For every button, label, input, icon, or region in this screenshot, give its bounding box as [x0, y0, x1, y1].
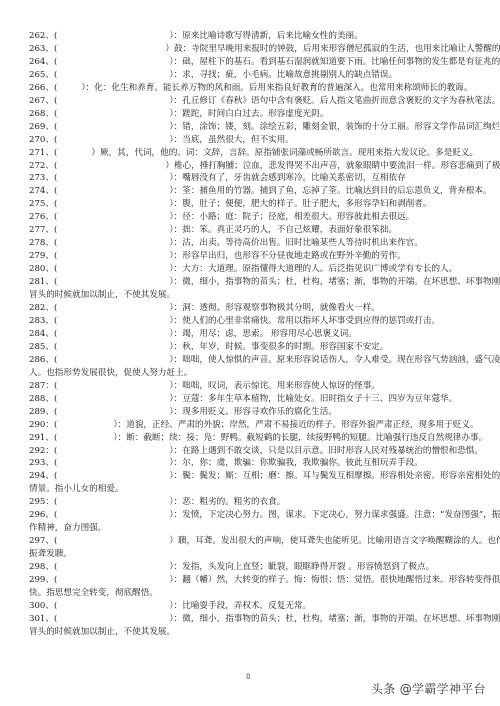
watermark: 头条 @学霸学神平台	[371, 680, 486, 697]
entry-number: 272、(	[29, 160, 57, 173]
entry-number: 265、(	[29, 69, 57, 82]
entry-definition: ）：错，涂饰；镂，刻。涂绘五彩，雕刻金银，装饰的十分工丽。形容文学作品词汇绚烂。	[169, 122, 500, 132]
idiom-entry: 293、(）：尔，你；虞，欺骗：你欺骗我，我欺骗你。彼此互相玩弄手段。	[29, 457, 475, 470]
idiom-entry: 289、(）：现多用贬义。形容寻欢作乐的腐化生活。	[29, 406, 475, 419]
entry-definition: ）：咄咄，叹词，表示惊诧。用来形容使人惊讶的怪事。	[169, 381, 380, 391]
entry-number: 266、(	[29, 82, 57, 95]
idiom-entry: 285、(）：秋，年岁，时候。事变很多的时期。形容国家不安定。	[29, 341, 475, 354]
entry-definition-continued: 情景。指小儿女的相爱。	[29, 483, 475, 496]
entry-definition-continued: 快。指思想完全转变，彻底醒悟。	[29, 587, 475, 600]
entry-number: 276、(	[29, 211, 57, 224]
entry-number: 290：(	[29, 419, 57, 432]
entry-definition: ）：化：化生和养育。能长养万物的风和雨。后用来指良好教育的普遍深入。也常用来称颂…	[81, 83, 472, 93]
entry-definition: ）：现多用贬义。形容寻欢作乐的腐化生活。	[169, 407, 337, 417]
entry-number: 264、(	[29, 56, 57, 69]
idiom-entry: 278、(）：沽，出卖。等待高价出售。旧时比喻某些人等待时机出来作官。	[29, 237, 475, 250]
page-number: 8	[246, 673, 250, 681]
idiom-entry: 292：(）：在路上遇到不敢交谈，只是以目示意。旧时形容人民对残暴统治的憎恨和恐…	[29, 445, 475, 458]
entry-number: 295：(	[29, 496, 57, 509]
idiom-entry: 266、(）：化：化生和养育。能长养万物的风和雨。后用来指良好教育的普遍深入。也…	[29, 82, 475, 95]
entry-definition: ）：径：小路；庭：院子；径庭，相差很大。形容彼此相去很远。	[169, 212, 414, 222]
entry-number: 281、(	[29, 276, 57, 289]
entry-definition: ）：求，寻找；疵，小毛病。比喻故意挑剔别人的缺点错误。	[169, 70, 397, 80]
idiom-entry: 272、(）椎心，捶打胸脯；泣血，悲发得哭不出声音，就象眼睛中要流泪一样。形容悲…	[29, 160, 475, 173]
idiom-entry: 264、(）：础，屋柱下的基石。看到基石湿润就知道要下雨。比喻任何事物的发生都是…	[29, 56, 475, 69]
idiom-entry: 299、(）：翻（幡）然，大转变的样子。悔：悔恨；悟：觉悟。很快地醒悟过来。形容…	[29, 574, 475, 587]
idiom-entry: 301、(）：微，细小，指事物的苗头；杜，杜构，堵塞；渐，事物的开端。在坏思想、…	[29, 613, 475, 626]
idiom-entry: 280、(）：大方：大道理。原指懂得大道理的人。后泛指见识广博或学有专长的人。	[29, 263, 475, 276]
entry-number: 271、(	[29, 147, 57, 160]
entry-definition-continued: 作精神，奋力图强。	[29, 522, 475, 535]
entry-definition-continued: 冒头的时候就加以制止，不使其发展。	[29, 626, 475, 639]
entry-definition-continued: 人。也指形势发展很快，促使人努力赶上。	[29, 367, 475, 380]
idiom-entry: 271、(）厥，其，代词，他的。词：文辞，言辞。原指铺张词藻或畅所欲言。现用来指…	[29, 147, 475, 160]
entry-number: 299、(	[29, 574, 57, 587]
idiom-entry: 287：(）：咄咄，叹词，表示惊诧。用来形容使人惊讶的怪事。	[29, 380, 475, 393]
entry-definition: ）：腹，肚子；便便，肥大的样子。肚子肥大，多形容孕妇和剥削者。	[169, 199, 431, 209]
entry-definition: ）：道貌，正经、严肃的外貌；岸然，严肃不易接近的样子。形容外貌严肃正经，现多用于…	[113, 420, 478, 430]
entry-definition: ）：豆蔻：多年生草本植物，比喻处女。旧时指女子十三、四岁为豆年蔻华。	[169, 394, 457, 404]
entry-definition: ）：微，细小，指事物的苗头；杜，杜构，堵塞；渐，事物的开端。在坏思想、坏事物刚	[169, 277, 500, 287]
entry-definition: ）：拙：笨。真正灵巧的人，不自己炫耀，表面好象很笨拙。	[169, 225, 397, 235]
entry-number: 277、(	[29, 224, 57, 237]
entry-number: 292：(	[29, 445, 57, 458]
idiom-entry: 290：(）：道貌，正经、严肃的外貌；岸然，严肃不易接近的样子。形容外貌严肃正经…	[29, 419, 475, 432]
entry-number: 267、(	[29, 95, 57, 108]
entry-definition: ）：形容早出归，也形容不分昼夜地走路或在野外辛勤的劳作。	[169, 251, 405, 261]
entry-number: 294、(	[29, 470, 57, 483]
entry-number: 278、(	[29, 237, 57, 250]
entry-number: 273、(	[29, 172, 57, 185]
entry-number: 283、(	[29, 315, 57, 328]
entry-definition-continued: 振聋发聩。	[29, 548, 475, 561]
idiom-entry: 279、(）：形容早出归，也形容不分昼夜地走路或在野外辛勤的劳作。	[29, 250, 475, 263]
entry-definition: ）：恶：粗劣的。粗劣的衣食。	[169, 497, 285, 507]
entry-definition: ）：沽，出卖。等待高价出售。旧时比喻某些人等待时机出来作官。	[169, 238, 423, 248]
entry-number: 297、(	[29, 535, 57, 548]
entry-definition: ）：发指，头发向上直竖；眦裂，眼眶睁得开裂 。形容愤怒到了极点。	[169, 562, 434, 572]
entry-number: 270、(	[29, 134, 57, 147]
entry-number: 301、(	[29, 613, 57, 626]
idiom-entry: 283、(）：使人们的心里非常痛快。常用以指坏人坏事受到应得的惩罚或打击。	[29, 315, 475, 328]
entry-number: 275、(	[29, 198, 57, 211]
idiom-entry: 298、(）：发指，头发向上直竖；眦裂，眼眶睁得开裂 。形容愤怒到了极点。	[29, 561, 475, 574]
entry-definition: ）：使人们的心里非常痛快。常用以指坏人坏事受到应得的惩罚或打击。	[169, 316, 440, 326]
entry-number: 286、(	[29, 354, 57, 367]
entry-definition: ）：大方：大道理。原指懂得大道理的人。后泛指见识广博或学有专长的人。	[169, 264, 457, 274]
idiom-entry: 284、(）：竭，用尽；虑，思索。 形容用尽心思褒义词。	[29, 328, 475, 341]
entry-number: 291、(	[29, 432, 57, 445]
entry-number: 263、(	[29, 43, 57, 56]
entry-definition: ）：断：截断；续：接；凫：野鸭。截短鹤的长腿，续接野鸭的短腿。比喻强行违反自然规…	[113, 433, 487, 443]
entry-number: 269、(	[29, 121, 57, 134]
entry-definition: ）：础，屋柱下的基石。看到基石湿润就知道要下雨。比喻任何事物的发生都是有征兆的。	[169, 57, 500, 67]
idiom-entry-list: 262、(）：原来比喻诗歌写得清新，后来比喻女性的美丽。263、(）鼓：寺院里早…	[29, 30, 475, 639]
entry-number: 268、(	[29, 108, 57, 121]
idiom-entry: 267、(）：孔丘修订《春秋》语句中含有褒贬。后人指文笔曲折而意含褒贬的文字为春…	[29, 95, 475, 108]
entry-definition: ）鼓：寺院里早晚用来报时的钟鼓，后用来形容僧尼孤寂的生活，也用来比喻让人警醒的语…	[165, 44, 500, 54]
idiom-entry: 297、(）聩，耳聋。发出很大的声响，使耳聋失也能听见。比喻用语言文字唤醒糊涂的…	[29, 535, 475, 548]
idiom-entry: 276、(）：径：小路；庭：院子；径庭，相差很大。形容彼此相去很远。	[29, 211, 475, 224]
idiom-entry: 295：(）：恶：粗劣的。粗劣的衣食。	[29, 496, 475, 509]
entry-definition: ）厥，其，代词，他的。词：文辞，言辞。原指铺张词藻或畅所欲言。现用来指大发议论。…	[91, 148, 478, 158]
entry-definition: ）：秋，年岁，时候。事变很多的时期。形容国家不安定。	[169, 342, 388, 352]
entry-definition: ）：洞：透彻。形容观察事物极其分明，就像看火一样。	[169, 303, 380, 313]
idiom-entry: 269、(）：错，涂饰；镂，刻。涂绘五彩，雕刻金银，装饰的十分工丽。形容文学作品…	[29, 121, 475, 134]
entry-number: 287：(	[29, 380, 57, 393]
idiom-entry: 300、(）：比喻耍手段，弄权术，反复无常。	[29, 600, 475, 613]
entry-number: 289、(	[29, 406, 57, 419]
entry-definition-continued: 冒头的时候就加以制止，不使其发展。	[29, 289, 475, 302]
entry-definition: ）：嘴唇没有了，牙齿就会感到寒冷。比喻关系密切，互相依存	[169, 173, 405, 183]
entry-definition: ）：原来比喻诗歌写得清新，后来比喻女性的美丽。	[169, 31, 362, 41]
idiom-entry: 291、(）：断：截断；续：接；凫：野鸭。截短鹤的长腿，续接野鸭的短腿。比喻强行…	[29, 432, 475, 445]
entry-number: 282、(	[29, 302, 57, 315]
entry-number: 280、(	[29, 263, 57, 276]
idiom-entry: 268、(）：蹉跎，时间白白过去。形容虚度光阴。	[29, 108, 475, 121]
idiom-entry: 265、(）：求，寻找；疵，小毛病。比喻故意挑剔别人的缺点错误。	[29, 69, 475, 82]
entry-definition: ）：当底，虽然很大，但不实用。	[169, 135, 294, 145]
entry-definition: ）：竭，用尽；虑，思索。 形容用尽心思褒义词。	[169, 329, 357, 339]
entry-definition: ）：在路上遇到不敢交谈，只是以目示意。旧时形容人民对残暴统治的憎恨和恐惧。	[169, 446, 483, 456]
idiom-entry: 273、(）：嘴唇没有了，牙齿就会感到寒冷。比喻关系密切，互相依存	[29, 172, 475, 185]
idiom-entry: 277、(）：拙：笨。真正灵巧的人，不自己炫耀，表面好象很笨拙。	[29, 224, 475, 237]
idiom-entry: 282、(）：洞：透彻。形容观察事物极其分明，就像看火一样。	[29, 302, 475, 315]
entry-definition: ）：比喻耍手段，弄权术，反复无常。	[169, 601, 311, 611]
entry-number: 298、(	[29, 561, 57, 574]
entry-definition: ）：孔丘修订《春秋》语句中含有褒贬。后人指文笔曲折而意含褒贬的文字为春秋笔法。	[169, 96, 500, 106]
document-page: 262、(）：原来比喻诗歌写得清新，后来比喻女性的美丽。263、(）鼓：寺院里早…	[0, 0, 500, 706]
entry-definition: ）：鬓：鬓发；厮：互相；磨：擦。耳与鬓发互相摩擦。形容相处亲密。形容亲密相处的	[169, 471, 500, 481]
idiom-entry: 275、(）：腹，肚子；便便，肥大的样子。肚子肥大，多形容孕妇和剥削者。	[29, 198, 475, 211]
idiom-entry: 294、(）：鬓：鬓发；厮：互相；磨：擦。耳与鬓发互相摩擦。形容相处亲密。形容亲…	[29, 470, 475, 483]
entry-definition: ）：微，细小，指事物的苗头；杜，杜构，堵塞；渐，事物的开端。在坏思想、坏事物刚	[169, 614, 500, 624]
idiom-entry: 274、(）：筌：捕鱼用的竹器。捕到了鱼，忘掉了筌。比喻达到目的后忘恩负义，背弃…	[29, 185, 475, 198]
entry-definition: ）椎心，捶打胸脯；泣血，悲发得哭不出声音，就象眼睛中要流泪一样。形容悲痛到了极点…	[165, 161, 500, 171]
entry-number: 284、(	[29, 328, 57, 341]
entry-definition: ）：发愤，下定决心努力。图，谋求。下定决心，努力谋求强盛。注意：“发奋图强”，振	[169, 510, 500, 520]
entry-number: 293、(	[29, 457, 57, 470]
entry-definition: ）：蹉跎，时间白白过去。形容虚度光阴。	[169, 109, 328, 119]
idiom-entry: 263、(）鼓：寺院里早晚用来报时的钟鼓，后用来形容僧尼孤寂的生活，也用来比喻让…	[29, 43, 475, 56]
idiom-entry: 288、(）：豆蔻：多年生草本植物，比喻处女。旧时指女子十三、四岁为豆年蔻华。	[29, 393, 475, 406]
entry-number: 296、(	[29, 509, 57, 522]
idiom-entry: 286、(）：咄咄，使人惊惧的声音。原来形容说话伤人，令人难受。现在形容气势汹汹…	[29, 354, 475, 367]
entry-definition: ）：尔，你；虞，欺骗：你欺骗我，我欺骗你。彼此互相玩弄手段。	[169, 458, 423, 468]
idiom-entry: 270、(）：当底，虽然很大，但不实用。	[29, 134, 475, 147]
entry-definition: ）：翻（幡）然，大转变的样子。悔：悔恨；悟：觉悟。很快地醒悟过来。形容转变得很	[169, 575, 500, 585]
entry-number: 285、(	[29, 341, 57, 354]
idiom-entry: 262、(）：原来比喻诗歌写得清新，后来比喻女性的美丽。	[29, 30, 475, 43]
entry-definition: ）：咄咄，使人惊惧的声音。原来形容说话伤人，令人难受。现在形容气势汹汹，盛气凌	[169, 355, 500, 365]
entry-number: 300、(	[29, 600, 57, 613]
entry-definition: ）：筌：捕鱼用的竹器。捕到了鱼，忘掉了筌。比喻达到目的后忘恩负义，背弃根本。	[169, 186, 491, 196]
entry-number: 262、(	[29, 30, 57, 43]
entry-number: 279、(	[29, 250, 57, 263]
entry-number: 274、(	[29, 185, 57, 198]
idiom-entry: 296、(）：发愤，下定决心努力。图，谋求。下定决心，努力谋求强盛。注意：“发奋…	[29, 509, 475, 522]
entry-number: 288、(	[29, 393, 57, 406]
idiom-entry: 281、(）：微，细小，指事物的苗头；杜，杜构，堵塞；渐，事物的开端。在坏思想、…	[29, 276, 475, 289]
entry-definition: ）聩，耳聋。发出很大的声响，使耳聋失也能听见。比喻用语言文字唤醒糊涂的人。也作	[169, 536, 500, 546]
